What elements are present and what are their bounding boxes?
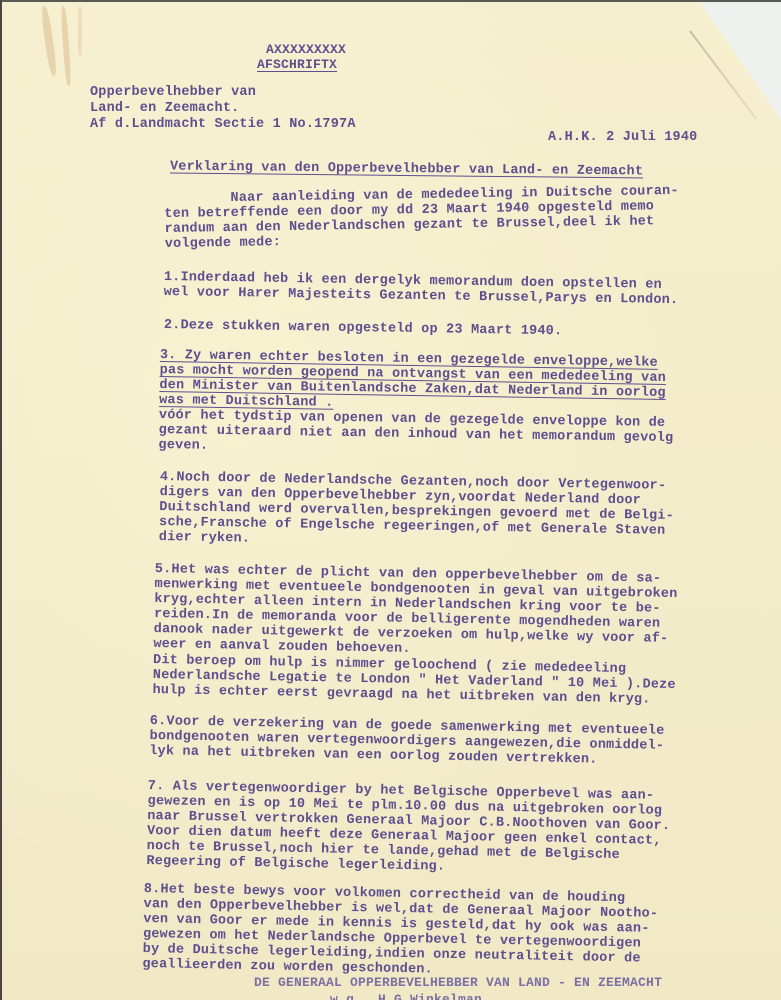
paragraph-line: geven.: [158, 438, 208, 454]
stamp-struck: AXXXXXXXXX: [266, 42, 346, 58]
signature-partial: w.g. H.G.Winkelman: [330, 992, 482, 1000]
sender-line: Af d.Landmacht Sectie 1 No.1797A: [90, 117, 356, 133]
stamp-title: AFSCHRIFTX: [257, 57, 337, 73]
stain-mark: [40, 6, 58, 76]
intro-line: volgende mede:: [165, 235, 281, 252]
sender-line: Land- en Zeemacht.: [90, 101, 239, 117]
sender-line: Opperbevelhebber van: [90, 85, 256, 101]
signature-line: DE GENERAAL OPPERBEVELHEBBER VAN LAND - …: [254, 975, 662, 991]
scan-top-edge: [0, 0, 781, 2]
paragraph-line: 2.Deze stukken waren opgesteld op 23 Maa…: [164, 318, 563, 340]
stain-mark: [60, 6, 72, 86]
document-title: Verklaring van den Opperbevelhebber van …: [170, 160, 643, 180]
scan-left-edge: [0, 0, 2, 1000]
paragraph-line: dier ryken.: [159, 530, 251, 547]
stain-mark: [78, 6, 82, 56]
document-page: AXXXXXXXXX AFSCHRIFTX Opperbevelhebber v…: [0, 2, 781, 1000]
place-date: A.H.K. 2 Juli 1940: [548, 130, 697, 146]
